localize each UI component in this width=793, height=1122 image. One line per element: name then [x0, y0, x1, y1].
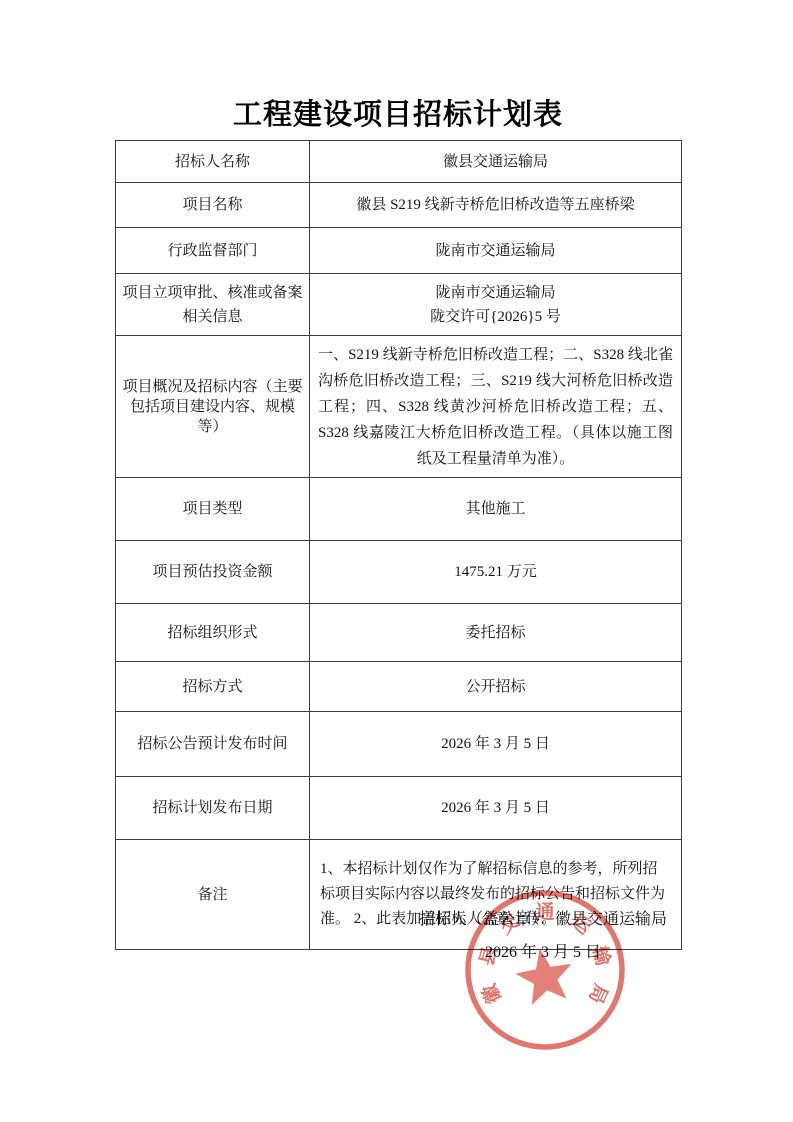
table-row: 行政监督部门 陇南市交通运输局 [116, 228, 682, 274]
row-label: 项目类型 [116, 478, 310, 541]
signature-date: 2026 年 3 月 5 日 [408, 942, 678, 964]
row-value: 陇南市交通运输局 陇交许可{2026}5 号 [310, 274, 682, 336]
document-page: 工程建设项目招标计划表 招标人名称 徽县交通运输局 项目名称 徽县 S219 线… [0, 0, 793, 1122]
table-row: 项目预估投资金额 1475.21 万元 [116, 541, 682, 604]
row-label: 招标公告预计发布时间 [116, 712, 310, 777]
bid-plan-table: 招标人名称 徽县交通运输局 项目名称 徽县 S219 线新寺桥危旧桥改造等五座桥… [115, 140, 682, 950]
row-value: 其他施工 [310, 478, 682, 541]
table-row: 招标组织形式 委托招标 [116, 604, 682, 662]
table-row: 项目概况及招标内容（主要包括项目建设内容、规模等） 一、S219 线新寺桥危旧桥… [116, 336, 682, 478]
seal-char: 徽 [477, 980, 506, 1007]
row-label: 招标方式 [116, 662, 310, 712]
row-value: 陇南市交通运输局 [310, 228, 682, 274]
row-label: 项目名称 [116, 183, 310, 228]
row-value: 委托招标 [310, 604, 682, 662]
seal-char: 局 [584, 980, 612, 1006]
table-row: 项目类型 其他施工 [116, 478, 682, 541]
table-row: 项目立项审批、核准或备案相关信息 陇南市交通运输局 陇交许可{2026}5 号 [116, 274, 682, 336]
row-label: 招标计划发布日期 [116, 777, 310, 840]
row-value: 徽县交通运输局 [310, 141, 682, 183]
row-value: 公开招标 [310, 662, 682, 712]
table-row: 招标方式 公开招标 [116, 662, 682, 712]
signature-line: 招标人（盖公章）：徽县交通运输局 [408, 909, 678, 931]
row-label: 招标人名称 [116, 141, 310, 183]
row-label: 招标组织形式 [116, 604, 310, 662]
row-value: 2026 年 3 月 5 日 [310, 777, 682, 840]
row-value: 1475.21 万元 [310, 541, 682, 604]
signature-block: 招标人（盖公章）：徽县交通运输局 2026 年 3 月 5 日 [408, 909, 678, 964]
row-label: 项目立项审批、核准或备案相关信息 [116, 274, 310, 336]
table-row: 招标人名称 徽县交通运输局 [116, 141, 682, 183]
row-label: 项目概况及招标内容（主要包括项目建设内容、规模等） [116, 336, 310, 478]
table-row: 招标计划发布日期 2026 年 3 月 5 日 [116, 777, 682, 840]
row-label: 行政监督部门 [116, 228, 310, 274]
table-row: 项目名称 徽县 S219 线新寺桥危旧桥改造等五座桥梁 [116, 183, 682, 228]
row-value: 2026 年 3 月 5 日 [310, 712, 682, 777]
page-title: 工程建设项目招标计划表 [115, 92, 681, 133]
row-label: 备注 [116, 840, 310, 950]
row-value: 一、S219 线新寺桥危旧桥改造工程；二、S328 线北雀沟桥危旧桥改造工程；三… [310, 336, 682, 478]
row-value: 徽县 S219 线新寺桥危旧桥改造等五座桥梁 [310, 183, 682, 228]
row-label: 项目预估投资金额 [116, 541, 310, 604]
table-row: 招标公告预计发布时间 2026 年 3 月 5 日 [116, 712, 682, 777]
